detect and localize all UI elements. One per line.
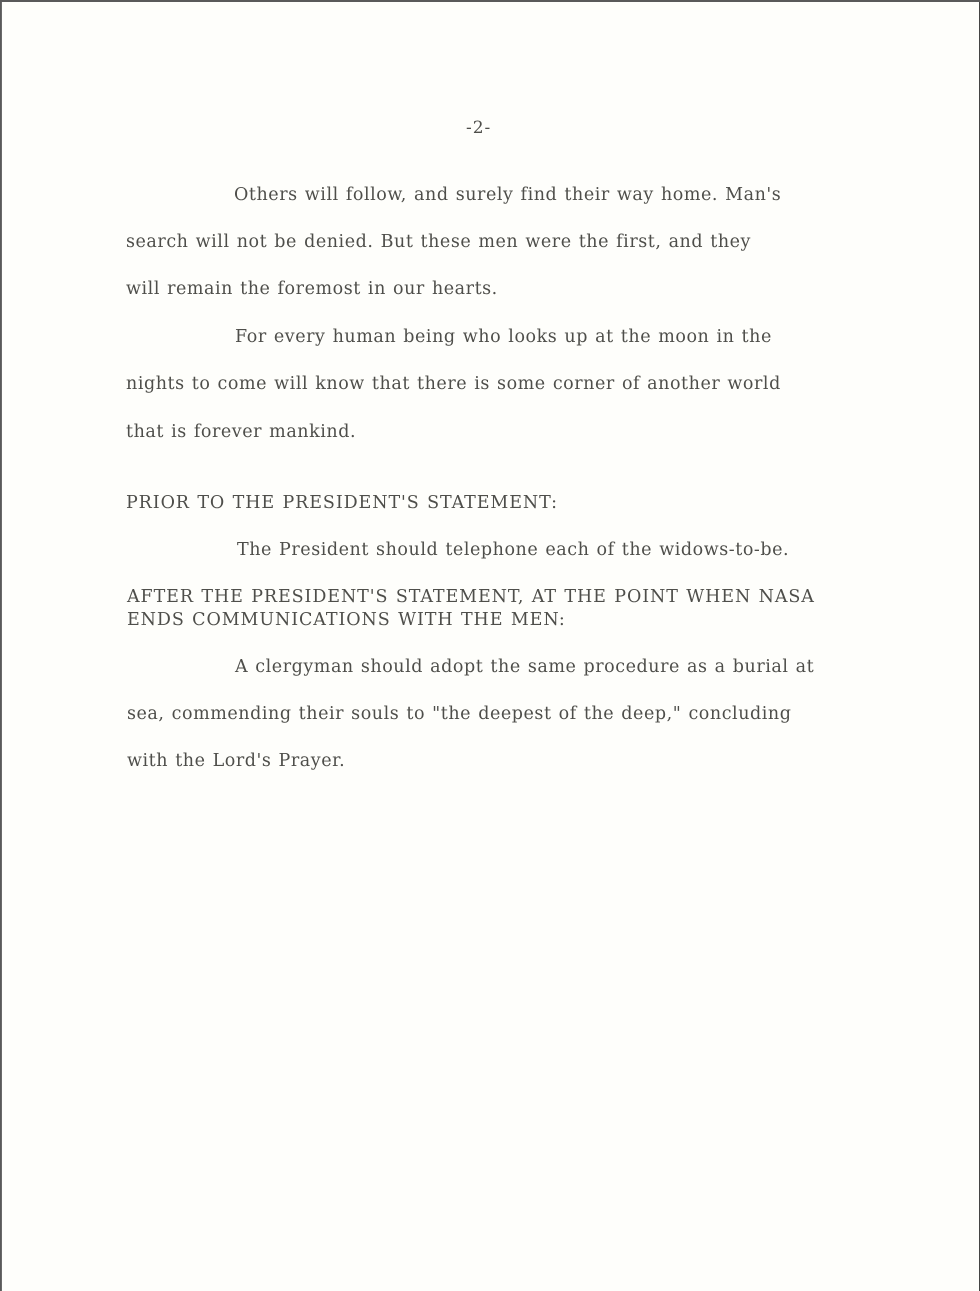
- heading-prior-to-statement: PRIOR TO THE PRESIDENT'S STATEMENT:: [126, 493, 558, 513]
- text-line: search will not be denied. But these men…: [126, 232, 751, 252]
- prior-instruction-text: The President should telephone each of t…: [237, 540, 789, 560]
- text-line: Others will follow, and surely find thei…: [234, 185, 781, 205]
- heading-line: ENDS COMMUNICATIONS WITH THE MEN:: [127, 610, 566, 630]
- text-line: with the Lord's Prayer.: [127, 751, 345, 771]
- page-number: -2-: [466, 118, 491, 138]
- document-page: -2- Others will follow, and surely find …: [1, 2, 980, 1291]
- text-line: that is forever mankind.: [126, 422, 356, 442]
- text-line: will remain the foremost in our hearts.: [126, 279, 498, 299]
- text-line: For every human being who looks up at th…: [235, 327, 772, 347]
- heading-line: AFTER THE PRESIDENT'S STATEMENT, AT THE …: [127, 587, 815, 607]
- text-line: nights to come will know that there is s…: [126, 374, 781, 394]
- text-line: sea, commending their souls to "the deep…: [127, 704, 792, 724]
- text-line: A clergyman should adopt the same proced…: [235, 657, 814, 677]
